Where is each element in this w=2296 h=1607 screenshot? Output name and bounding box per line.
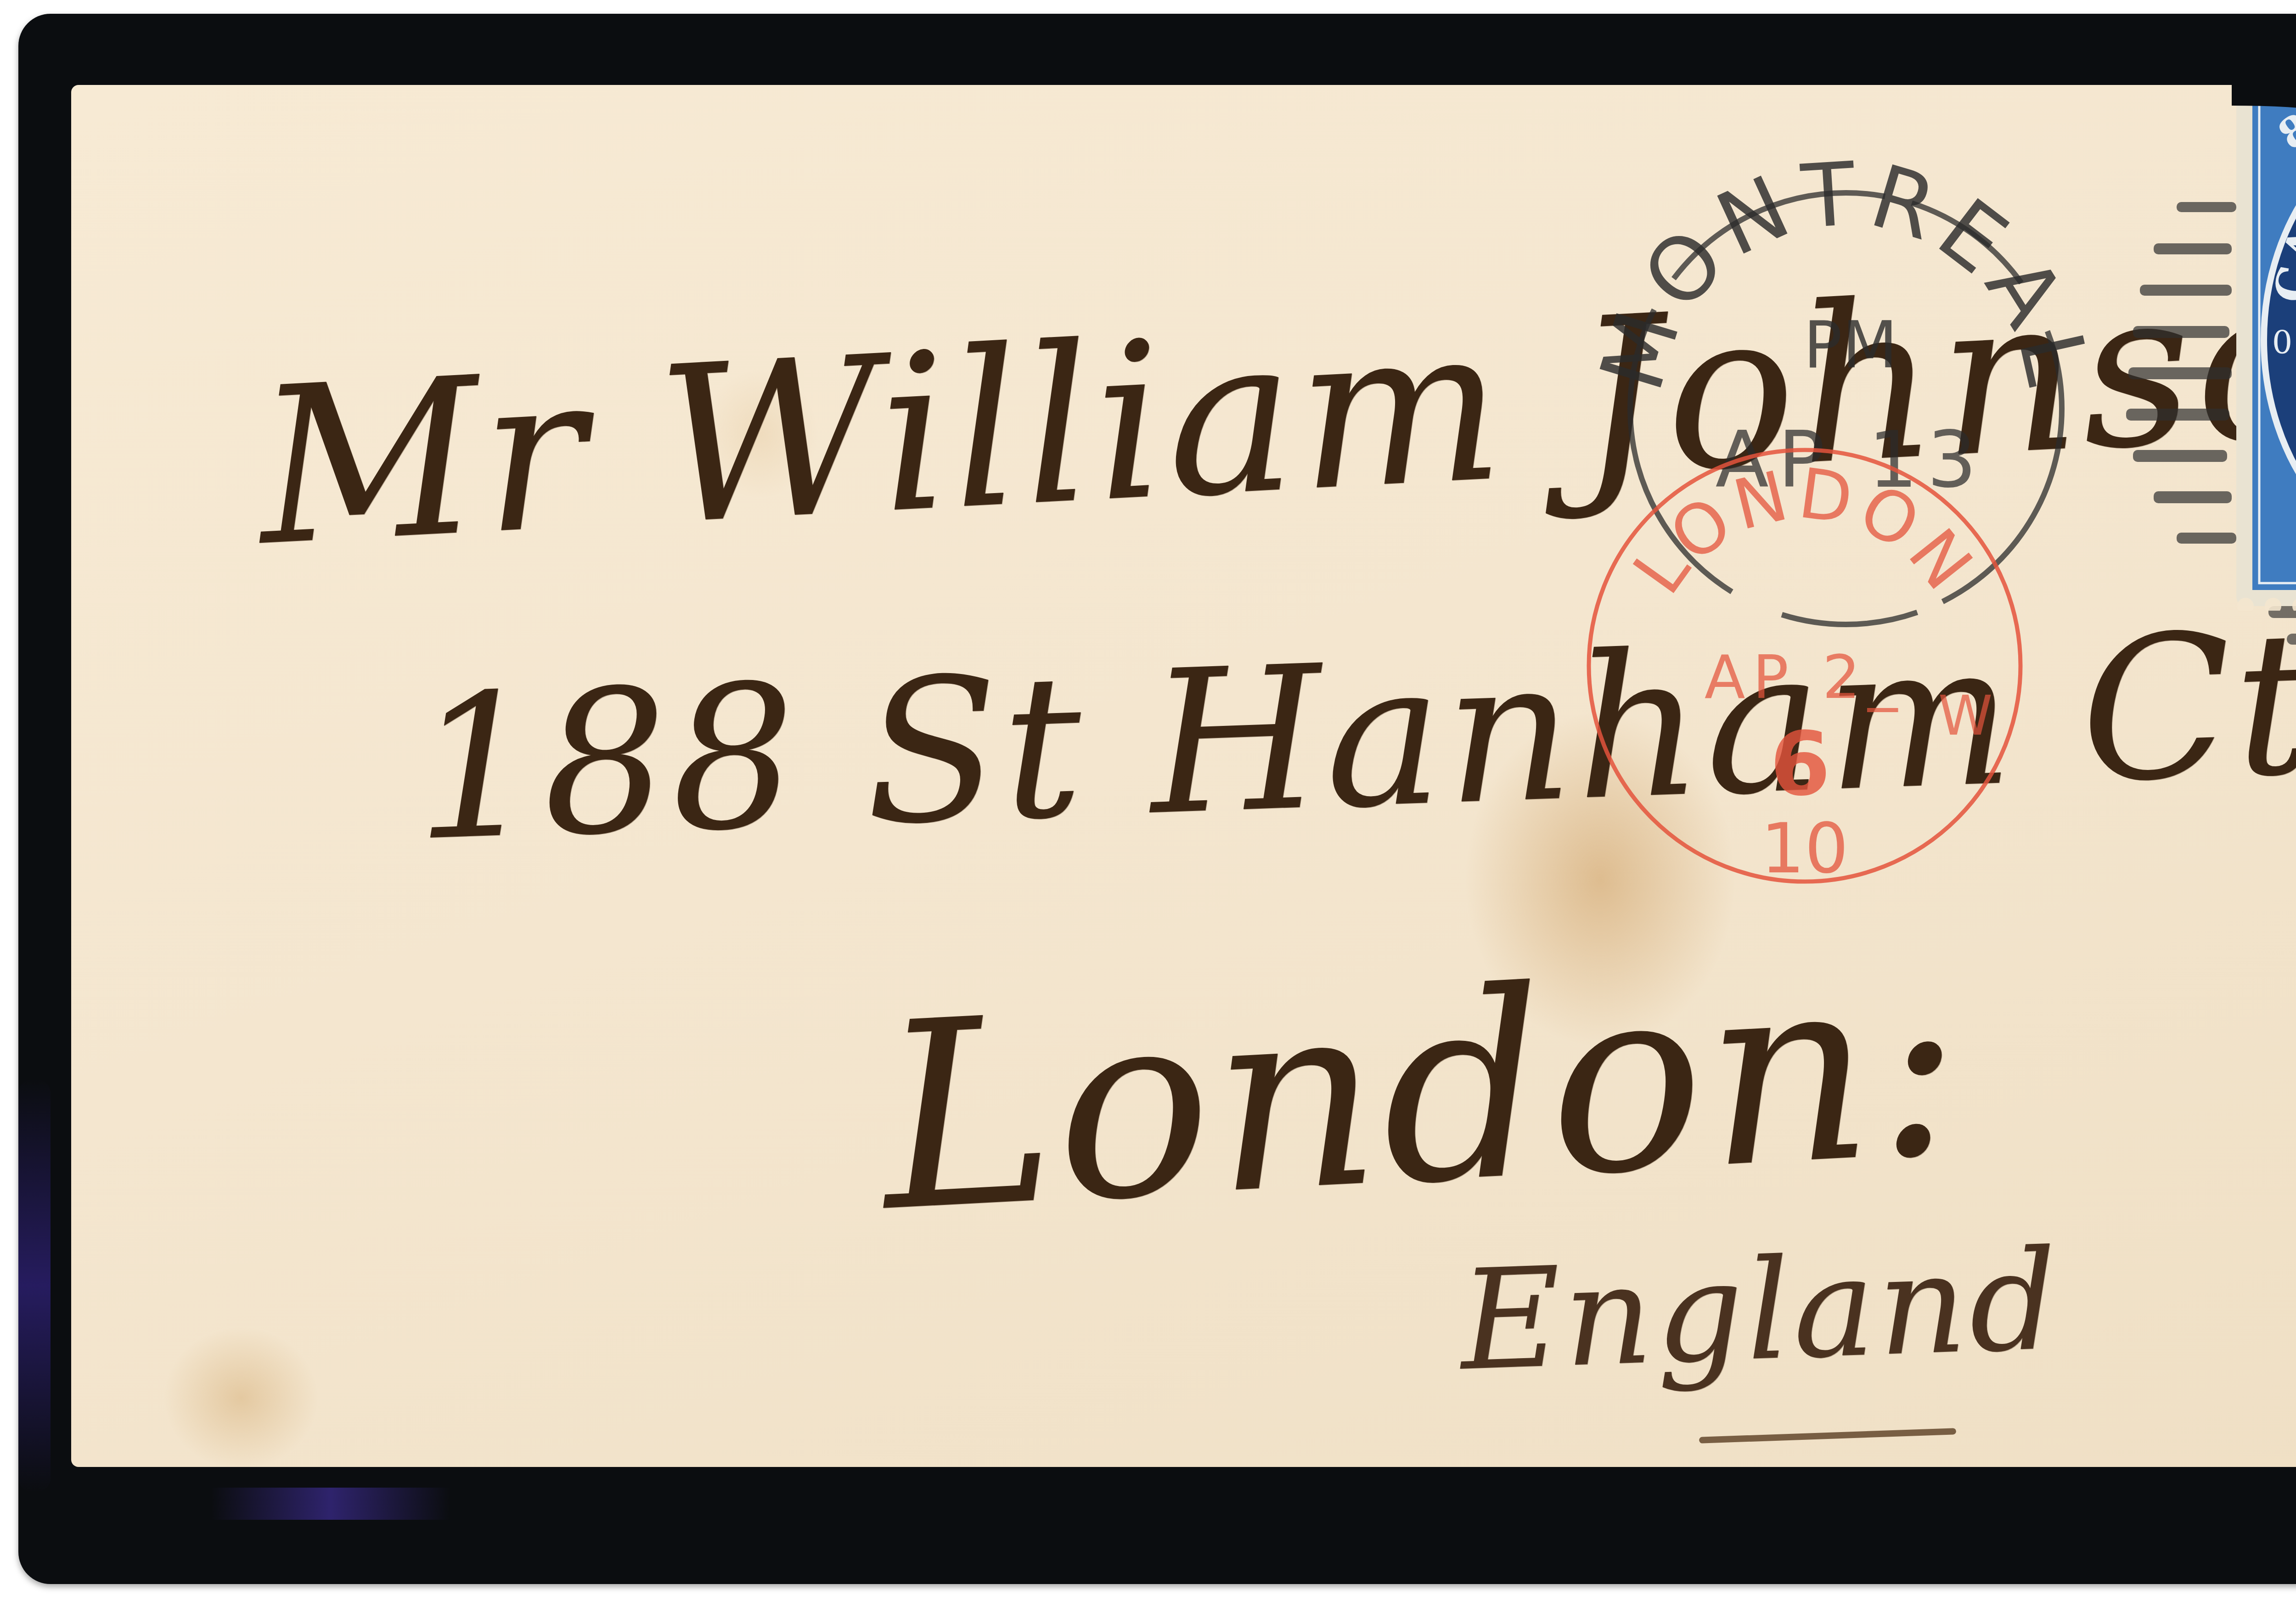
blue-ink-fringe-bottom [211,1488,450,1520]
receiving-code: 10 [1761,809,1849,889]
receiving-district: W [1938,684,1993,748]
receiving-year: 6 [1770,714,1830,815]
london-postmark: LONDON W AP 2_ 6 10 [1570,432,2039,900]
address-city: London: [875,913,1971,1269]
receiving-town: LONDON [1618,454,1990,608]
address-country: England [1458,1220,2063,1401]
svg-text:LONDON: LONDON [1618,454,1990,608]
postage-stamp: CANADA POSTAGE SEVENTEEN CENTS 0 0 8 stg… [2232,69,2296,611]
blue-ink-fringe [18,1079,51,1492]
postmark-time: PM [1803,308,1897,383]
stamp-ornament-left: 0 [2272,324,2293,361]
receiving-date: AP 2_ [1705,642,1905,712]
